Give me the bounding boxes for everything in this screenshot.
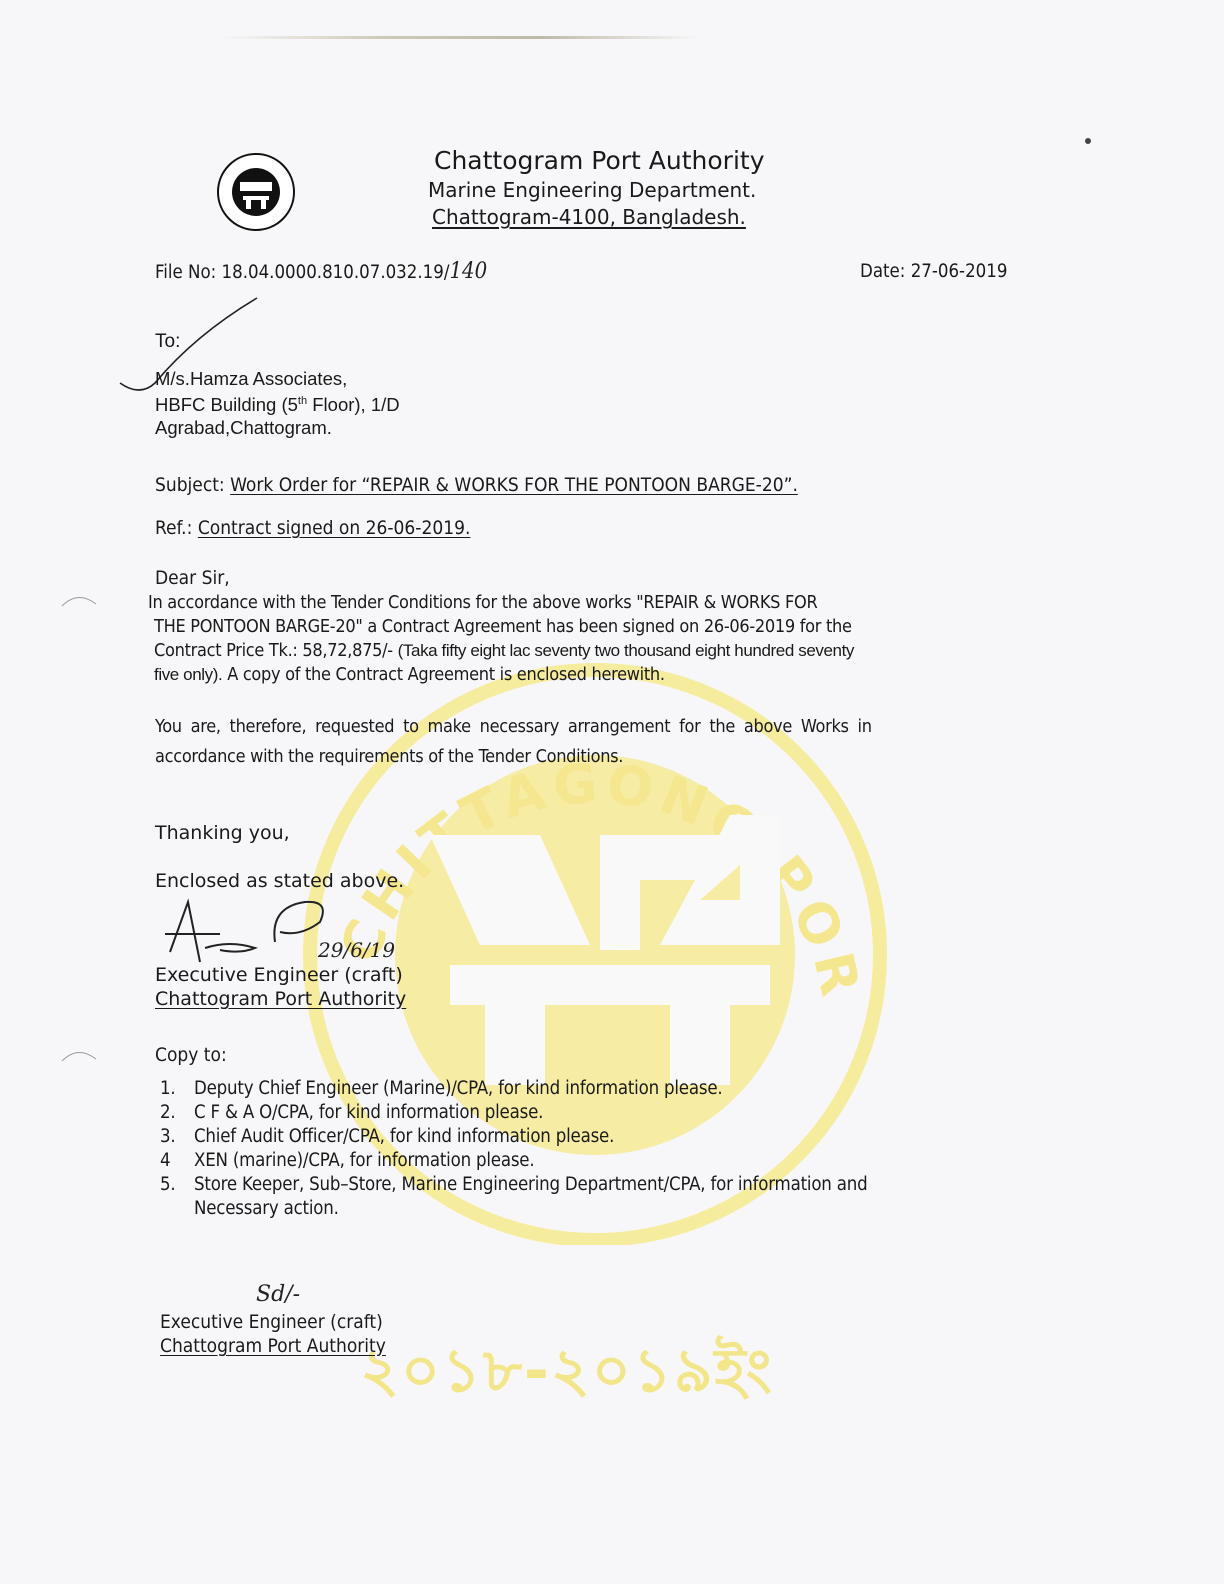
- hole-punch-mark-icon: [60, 1045, 100, 1065]
- reference-label: Ref.:: [155, 517, 192, 539]
- file-number-value: 18.04.0000.810.07.032.19/: [222, 262, 450, 283]
- letter-date: Date: 27-06-2019: [860, 261, 1007, 282]
- sd-handwritten: Sd/-: [256, 1282, 300, 1307]
- scan-speck: [1085, 138, 1091, 144]
- paragraph-2-line: You are, therefore, requested to make ne…: [155, 712, 1065, 742]
- salutation: Dear Sir,: [155, 567, 230, 589]
- cpa-seal-logo-icon: [216, 152, 296, 232]
- signatory-title-2: Executive Engineer (craft): [160, 1311, 383, 1333]
- organization-name: Chattogram Port Authority: [434, 146, 765, 175]
- paragraph-2: You are, therefore, requested to make ne…: [155, 712, 1065, 772]
- department-name: Marine Engineering Department.: [428, 178, 756, 202]
- enclosure-note: Enclosed as stated above.: [155, 870, 404, 892]
- reference-value: Contract signed on 26-06-2019.: [198, 517, 471, 539]
- paragraph-1-line: In accordance with the Tender Conditions…: [148, 591, 1058, 615]
- recipient-address-line1: HBFC Building (5th Floor), 1/D: [155, 390, 400, 416]
- copy-to-item-continuation: Necessary action.: [160, 1197, 867, 1221]
- file-number-handwritten: 140: [449, 259, 487, 284]
- signatory-organization-2: Chattogram Port Authority: [160, 1335, 386, 1357]
- file-number: File No: 18.04.0000.810.07.032.19/140: [155, 259, 487, 284]
- subject-label: Subject:: [155, 474, 225, 496]
- date-label: Date:: [860, 261, 905, 282]
- copy-to-item: 2.C F & A O/CPA, for kind information pl…: [160, 1101, 867, 1125]
- organization-address: Chattogram-4100, Bangladesh.: [432, 205, 746, 229]
- hole-punch-mark-icon: [60, 590, 100, 610]
- closing: Thanking you,: [155, 822, 290, 844]
- recipient-address: M/s.Hamza Associates, HBFC Building (5th…: [155, 367, 400, 439]
- to-label: To:: [155, 331, 180, 353]
- copy-to-item: 1.Deputy Chief Engineer (Marine)/CPA, fo…: [160, 1077, 867, 1101]
- date-value: 27-06-2019: [911, 261, 1008, 282]
- signatory-title: Executive Engineer (craft): [155, 964, 403, 986]
- paragraph-1-line: THE PONTOON BARGE-20" a Contract Agreeme…: [148, 615, 1058, 639]
- copy-to-list: 1.Deputy Chief Engineer (Marine)/CPA, fo…: [160, 1077, 867, 1221]
- copy-to-item: 4XEN (marine)/CPA, for information pleas…: [160, 1149, 867, 1173]
- recipient-address-line2: Agrabad,Chattogram.: [155, 416, 400, 439]
- paragraph-1-line: five only). A copy of the Contract Agree…: [148, 663, 1058, 687]
- subject-line: Subject: Work Order for “REPAIR & WORKS …: [155, 474, 798, 496]
- subject-value: Work Order for “REPAIR & WORKS FOR THE P…: [230, 474, 798, 496]
- reference-line: Ref.: Contract signed on 26-06-2019.: [155, 517, 470, 539]
- file-number-label: File No:: [155, 262, 216, 283]
- copy-to-label: Copy to:: [155, 1044, 227, 1066]
- paragraph-1: In accordance with the Tender Conditions…: [148, 591, 1058, 687]
- scan-artifact-line: [220, 36, 700, 39]
- recipient-name: M/s.Hamza Associates,: [155, 367, 400, 390]
- paragraph-1-line: Contract Price Tk.: 58,72,875/- (Taka fi…: [148, 639, 1058, 663]
- signature-date-handwritten: 29/6/19: [318, 938, 395, 962]
- copy-to-item: 5.Store Keeper, Sub–Store, Marine Engine…: [160, 1173, 867, 1197]
- year-watermark: ২০১৮-২০১৯ইং: [360, 1325, 774, 1425]
- copy-to-item: 3.Chief Audit Officer/CPA, for kind info…: [160, 1125, 867, 1149]
- paragraph-2-line: accordance with the requirements of the …: [155, 742, 1065, 772]
- signatory-organization: Chattogram Port Authority: [155, 988, 406, 1010]
